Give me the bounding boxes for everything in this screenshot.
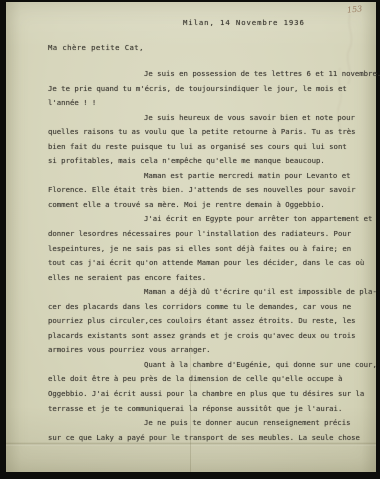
letter-line: bien fait du reste puisque tu lui as org…: [48, 140, 374, 155]
letter-line: armoires vous pourriez vous arranger.: [48, 343, 374, 358]
letter-line: Florence. Elle était très bien. J'attend…: [48, 183, 374, 198]
letter-line: quelles raisons tu as voulu que la petit…: [48, 125, 374, 140]
letter-line: Je suis heureux de vous savoir bien et n…: [48, 111, 374, 126]
fold-crease-horizontal: [6, 442, 376, 446]
letter-line: Maman a déjà dû t'écrire qu'il est impos…: [48, 285, 374, 300]
salutation: Ma chère petite Cat,: [48, 43, 144, 52]
letter-line: cer des placards dans les corridors comm…: [48, 300, 374, 315]
letter-body: Je suis en possession de tes lettres 6 e…: [48, 67, 374, 445]
fold-crease-vertical: [190, 261, 191, 473]
letter-line: Maman est partie mercredi matin pour Lev…: [48, 169, 374, 184]
letter-line: l'année ! !: [48, 96, 374, 111]
letter-paper: 153 Milan, 14 Novembre 1936 Ma chère pet…: [6, 2, 376, 472]
letter-line: Oggebbio. J'ai écrit aussi pour la chamb…: [48, 387, 374, 402]
letter-line: lespeintures, je ne sais pas si elles so…: [48, 242, 374, 257]
dateline: Milan, 14 Novembre 1936: [183, 18, 305, 27]
letter-line: elles ne seraient pas encore faites.: [48, 271, 374, 286]
page-number: 153: [347, 4, 363, 16]
scanned-letter-page: 153 Milan, 14 Novembre 1936 Ma chère pet…: [0, 0, 380, 479]
letter-line: pourriez plus circuler,ces couloirs étan…: [48, 314, 374, 329]
letter-line: J'ai écrit en Egypte pour arrêter ton ap…: [48, 212, 374, 227]
letter-line: Je ne puis te donner aucun renseignement…: [48, 416, 374, 431]
letter-line: Je suis en possession de tes lettres 6 e…: [48, 67, 374, 82]
letter-line: placards existants sont assez grands et …: [48, 329, 374, 344]
letter-line: terrasse et je te communiquerai la répon…: [48, 402, 374, 417]
letter-line: Quant à la chambre d'Eugénie, qui donne …: [48, 358, 374, 373]
letter-line: donner lesordres nécessaires pour l'inst…: [48, 227, 374, 242]
letter-line: tout cas j'ai écrit qu'on attende Maman …: [48, 256, 374, 271]
letter-line: comment elle a trouvé sa mère. Moi je re…: [48, 198, 374, 213]
letter-line: elle doit être à peu près de la dimensio…: [48, 372, 374, 387]
letter-line: Je te prie quand tu m'écris, de toujours…: [48, 82, 374, 97]
letter-line: si profitables, mais cela n'empêche qu'e…: [48, 154, 374, 169]
